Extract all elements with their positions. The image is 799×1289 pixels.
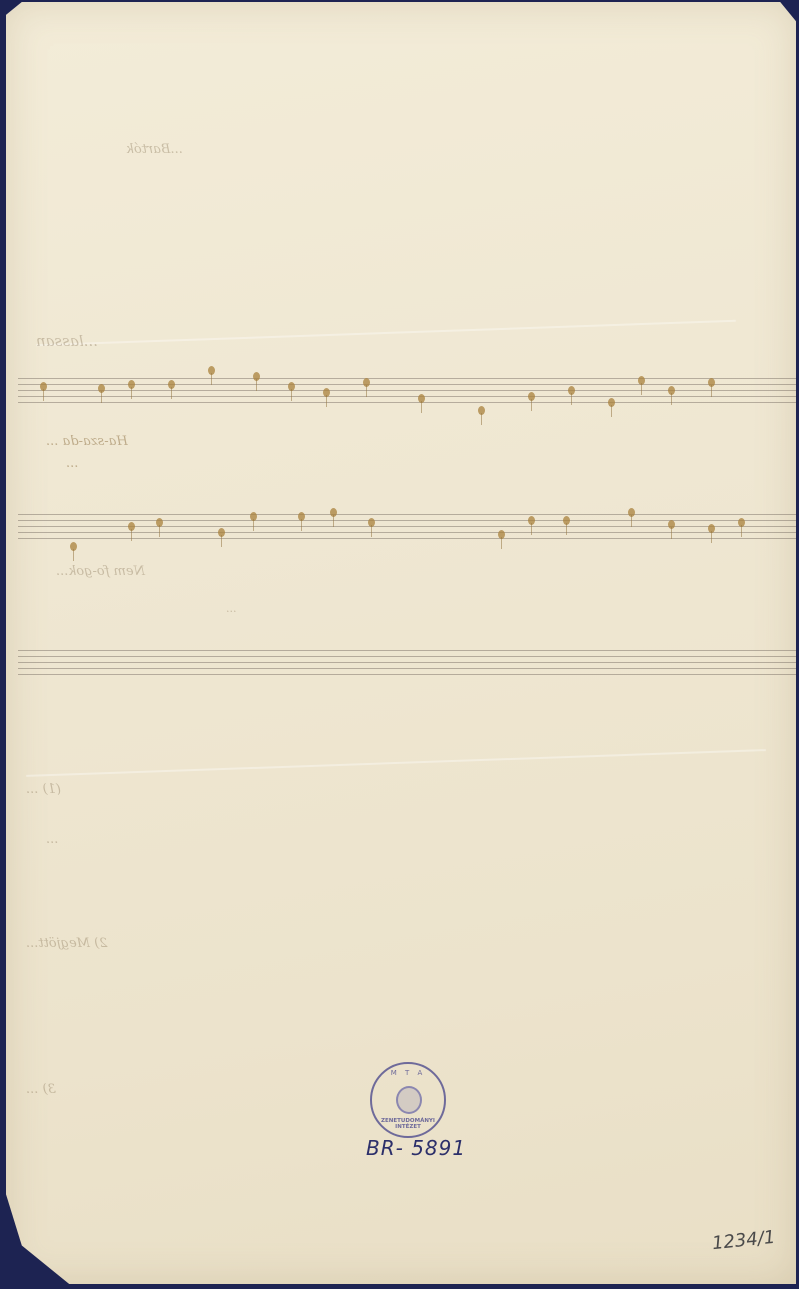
- stamp-top-text: M T A: [372, 1069, 444, 1077]
- note: [608, 398, 615, 407]
- note: [250, 512, 257, 521]
- note: [528, 516, 535, 525]
- note: [323, 388, 330, 397]
- note: [40, 382, 47, 391]
- note: [708, 378, 715, 387]
- tempo-marking: ...lassan: [36, 332, 98, 350]
- paper-crease: [26, 749, 766, 777]
- paper-crease: [36, 320, 736, 346]
- note: [628, 508, 635, 517]
- note: [368, 518, 375, 527]
- note: [208, 366, 215, 375]
- music-staff-2: [18, 514, 798, 542]
- note: [708, 524, 715, 533]
- note: [168, 380, 175, 389]
- note: [668, 520, 675, 529]
- note: [568, 386, 575, 395]
- note: [253, 372, 260, 381]
- verse-line: ...: [46, 832, 58, 847]
- library-stamp: M T A ZENETUDOMÁNYI INTÉZET: [370, 1062, 446, 1138]
- bleed-through-heading: ...Bartók: [126, 142, 183, 157]
- note: [156, 518, 163, 527]
- note: [668, 386, 675, 395]
- verse-line: 3) ...: [26, 1082, 56, 1097]
- note: [288, 382, 295, 391]
- note: [128, 522, 135, 531]
- folio-number: 1234/1: [711, 1227, 776, 1255]
- note: [498, 530, 505, 539]
- note: [330, 508, 337, 517]
- lyrics-line-3: Nem fo-gok...: [56, 564, 145, 579]
- lyrics-line-1: Ha-sza-da ...: [46, 434, 128, 449]
- music-staff-3: [18, 650, 798, 678]
- note: [563, 516, 570, 525]
- note: [638, 376, 645, 385]
- note: [418, 394, 425, 403]
- lyrics-line-2: ...: [66, 456, 78, 471]
- note: [478, 406, 485, 415]
- coat-of-arms-icon: [396, 1086, 422, 1114]
- stamp-bottom-text: ZENETUDOMÁNYI INTÉZET: [374, 1118, 442, 1130]
- note: [363, 378, 370, 387]
- manuscript-page: ...Bartók ...lassan Ha-sza-da ... ...: [6, 2, 796, 1284]
- shelfmark: BR- 5891: [366, 1136, 466, 1160]
- note: [528, 392, 535, 401]
- note: [298, 512, 305, 521]
- note: [70, 542, 77, 551]
- note: [98, 384, 105, 393]
- note: [218, 528, 225, 537]
- verse-line: (1) ...: [26, 782, 61, 797]
- note: [738, 518, 745, 527]
- music-staff-1: [18, 378, 798, 406]
- verse-line: 2) Megjött...: [26, 936, 108, 951]
- bleed-through-note: ...: [226, 602, 237, 615]
- note: [128, 380, 135, 389]
